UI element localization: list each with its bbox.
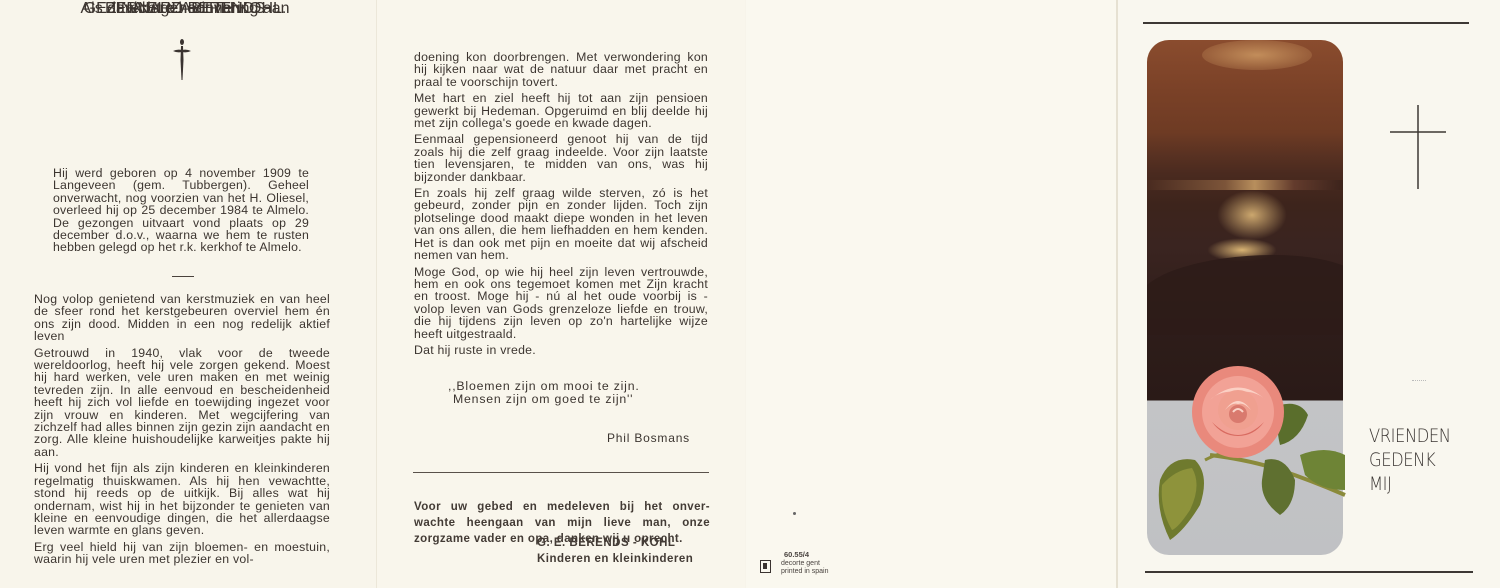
biography-paragraph: Hij werd geboren op 4 november 1909 te L…	[53, 167, 309, 254]
signature-name: G. E. BERENDS - KOHL	[537, 535, 693, 551]
printer-name: decorte gent	[781, 560, 820, 568]
text-column-middle: doening kon doorbrengen. Met verwonderin…	[414, 51, 708, 360]
spouse-name: GEZINA ELIZABETH KOHL.	[40, 0, 330, 18]
printer-origin: printed in spain	[781, 568, 828, 576]
top-rule	[1143, 22, 1469, 24]
paragraph: En zoals hij zelf graag wilde sterven, z…	[414, 187, 708, 261]
text-column-left: Nog volop genietend van kerstmuziek en v…	[34, 293, 330, 570]
cover-title-line: GEDENK	[1369, 448, 1451, 472]
thanks-line: Voor uw gebed en medeleven bij het onver…	[414, 499, 710, 515]
printer-logo-icon	[760, 560, 771, 573]
paragraph: Dat hij ruste in vrede.	[414, 344, 708, 356]
divider	[172, 276, 194, 277]
thanks-line: wachte heengaan van mijn lieve man, onze	[414, 515, 710, 531]
divider	[413, 472, 709, 473]
cover-title-line: MIJ	[1369, 472, 1451, 496]
quote: ,,Bloemen zijn om mooi te zijn. Mensen z…	[440, 380, 680, 406]
paragraph: Erg veel hield hij van zijn bloemen- en …	[34, 541, 330, 566]
cover-title-line: VRIENDEN	[1369, 424, 1451, 448]
signature-family: Kinderen en kleinkinderen	[537, 551, 693, 567]
paragraph: Nog volop genietend van kerstmuziek en v…	[34, 293, 330, 343]
rose-illustration	[1150, 360, 1350, 540]
crucifix-icon	[172, 38, 192, 80]
quote-author: Phil Bosmans	[607, 431, 690, 445]
paragraph: Hij vond het fijn als zijn kinderen en k…	[34, 462, 330, 536]
paragraph: Moge God, op wie hij heel zijn leven ver…	[414, 266, 708, 340]
paragraph: Met hart en ziel heeft hij tot aan zijn …	[414, 92, 708, 129]
paragraph: Getrouwd in 1940, vlak voor de tweede we…	[34, 347, 330, 459]
cover-title: VRIENDEN GEDENK MIJ	[1369, 424, 1451, 496]
paragraph: Eenmaal gepensioneerd genoot hij van de …	[414, 133, 708, 183]
paper-mark	[1412, 380, 1426, 382]
back-panel	[746, 0, 1118, 588]
paragraph: doening kon doorbrengen. Met verwonderin…	[414, 51, 708, 88]
cross-icon	[1390, 105, 1446, 189]
signature: G. E. BERENDS - KOHL Kinderen en kleinki…	[537, 535, 693, 567]
bottom-rule	[1145, 571, 1473, 573]
print-code: 60.55/4	[784, 551, 809, 559]
paper-speck	[793, 512, 796, 515]
quote-line: Mensen zijn om goed te zijn''	[440, 393, 680, 406]
